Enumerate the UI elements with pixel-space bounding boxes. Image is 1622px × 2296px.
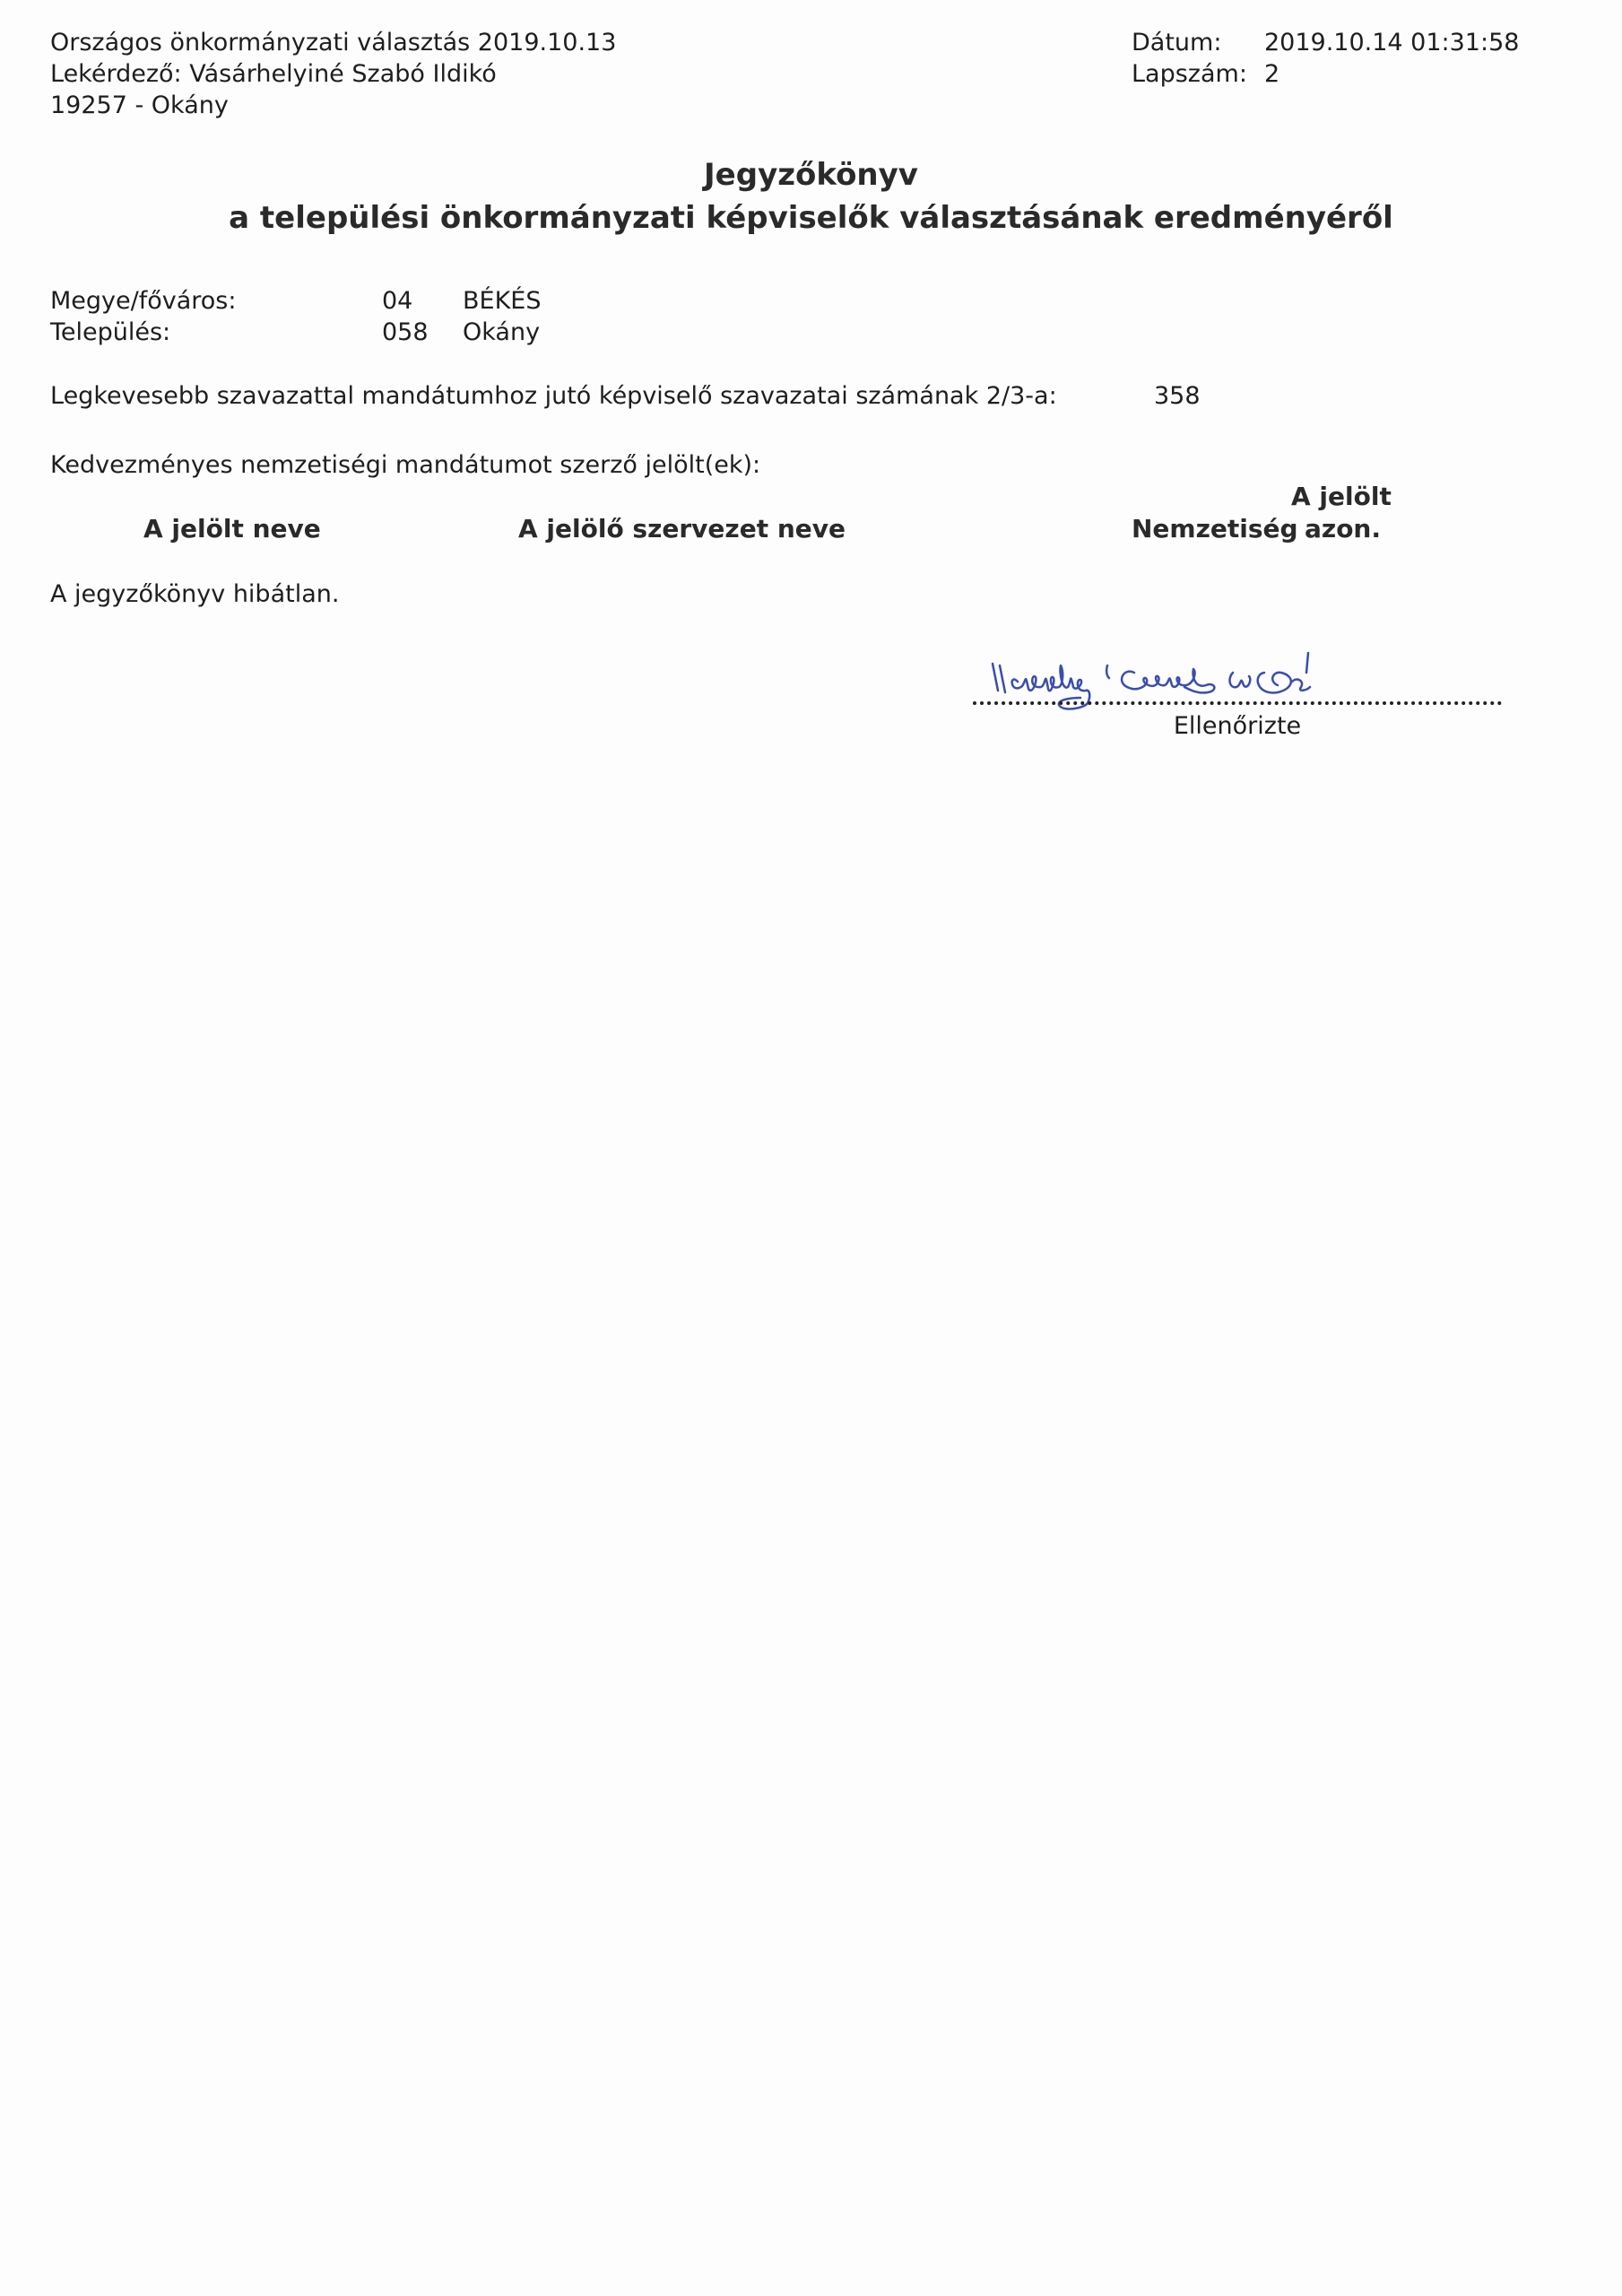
date-row: Dátum: 2019.10.14 01:31:58 bbox=[1132, 27, 1519, 58]
location-block: Megye/főváros: 04 BÉKÉS Település: 058 O… bbox=[50, 285, 542, 348]
signature-label: Ellenőrizte bbox=[973, 710, 1502, 742]
page-number-row: Lapszám: 2 bbox=[1132, 58, 1519, 90]
document-subtitle: a települési önkormányzati képviselők vá… bbox=[0, 197, 1622, 239]
document-page: Országos önkormányzati választás 2019.10… bbox=[0, 0, 1622, 2296]
page-number-label: Lapszám: bbox=[1132, 58, 1264, 90]
column-header-candidate-id-bottom: azon. bbox=[1305, 513, 1381, 545]
county-code: 04 bbox=[382, 285, 463, 317]
date-label: Dátum: bbox=[1132, 27, 1264, 58]
settlement-label: Település: bbox=[50, 317, 382, 348]
page-number-value: 2 bbox=[1264, 58, 1279, 90]
county-label: Megye/főváros: bbox=[50, 285, 382, 317]
election-name: Országos önkormányzati választás 2019.10… bbox=[50, 27, 616, 58]
threshold-value: 358 bbox=[1154, 380, 1201, 412]
county-row: Megye/főváros: 04 BÉKÉS bbox=[50, 285, 542, 317]
header-left: Országos önkormányzati választás 2019.10… bbox=[50, 27, 616, 121]
locality-code: 19257 - Okány bbox=[50, 90, 616, 121]
column-header-candidate-id-top: A jelölt bbox=[1291, 481, 1392, 513]
column-header-nominating-org: A jelölő szervezet neve bbox=[518, 513, 846, 545]
county-name: BÉKÉS bbox=[463, 285, 542, 317]
preferential-mandate-label: Kedvezményes nemzetiségi mandátumot szer… bbox=[50, 449, 760, 481]
document-title: Jegyzőkönyv bbox=[0, 154, 1622, 196]
column-header-candidate-name: A jelölt neve bbox=[143, 513, 321, 545]
status-text: A jegyzőkönyv hibátlan. bbox=[50, 578, 339, 610]
column-header-nationality: Nemzetiség bbox=[1132, 513, 1298, 545]
header-right: Dátum: 2019.10.14 01:31:58 Lapszám: 2 bbox=[1132, 27, 1519, 90]
settlement-code: 058 bbox=[382, 317, 463, 348]
settlement-row: Település: 058 Okány bbox=[50, 317, 542, 348]
date-value: 2019.10.14 01:31:58 bbox=[1264, 27, 1519, 58]
signature-block: Ellenőrizte bbox=[973, 646, 1502, 744]
threshold-label: Legkevesebb szavazattal mandátumhoz jutó… bbox=[50, 380, 1057, 412]
handwritten-signature-icon bbox=[973, 646, 1502, 717]
signature-line bbox=[973, 701, 1502, 705]
settlement-name: Okány bbox=[463, 317, 540, 348]
requester: Lekérdező: Vásárhelyiné Szabó Ildikó bbox=[50, 58, 616, 90]
